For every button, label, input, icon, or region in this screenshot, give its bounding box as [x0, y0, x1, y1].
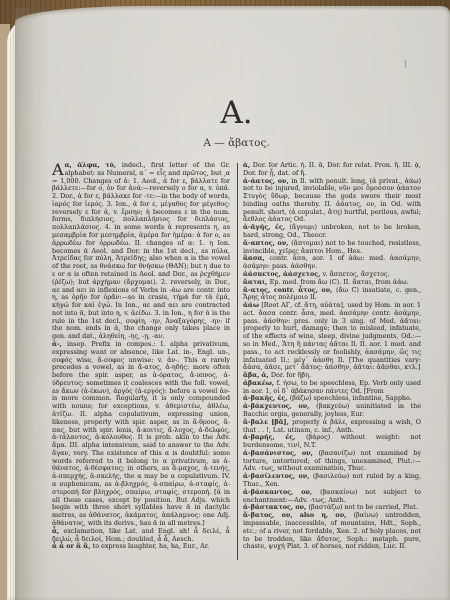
lexicon-entry: ἀ-ᾱγής, ές, (ἄγνυμι) unbroken, not to be…	[243, 224, 421, 240]
lexicon-entry: ἆ, exclamation, like Lat. and Engl. ah! …	[52, 528, 230, 544]
lexicon-entry: ἁ, Dor. for Artic. ἡ. II. ἅ, Dor. for re…	[243, 162, 421, 178]
headword: ἀ-ᾱγής, ές,	[243, 223, 289, 231]
lexicon-page: 1 A. Α — ἄβατος. Aα, ἄλφα, τό, indecl., …	[15, 6, 450, 600]
gutter-shading	[15, 6, 49, 600]
headword: ἀ-βαρής, ές,	[243, 433, 306, 441]
headword: ἄασα,	[243, 254, 270, 262]
lexicon-entry: ἄ-ατος, contr. ἆτος, ον, (ἄω C) insatiat…	[243, 287, 421, 303]
headword: ἀ-άατος, ον,	[243, 177, 291, 185]
headword: ἆ,	[52, 527, 64, 535]
lexicon-entry: ἀ-βασίλευτος, ον, (βασιλεύω) not ruled b…	[243, 473, 421, 489]
headword: ἄ-βαλε [βᾰ],	[243, 418, 292, 426]
headword: ἀ-βάσκαντος, ον,	[243, 488, 320, 496]
headword: α, ἄλφα, τό,	[65, 162, 122, 169]
headword: ἁ,	[243, 162, 253, 169]
right-column: ἁ, Dor. for Artic. ἡ. II. ἅ, Dor. for re…	[243, 162, 421, 564]
headword: ἀβακέω,	[243, 379, 277, 387]
text-block: A. Α — ἄβατος. Aα, ἄλφα, τό, indecl., fi…	[52, 56, 421, 564]
headword: ἄ-ατος, contr. ἆτος, ον,	[243, 286, 336, 294]
column-divider-rule	[237, 163, 238, 560]
lexicon-entry: ἄ-βαλε [βᾰ], properly ἀ βάλε, expressing…	[243, 419, 421, 435]
dropcap-letter: A	[52, 162, 65, 176]
headword: ἆ ἆ or ἅ ἅ,	[52, 542, 93, 550]
lexicon-entry: ἄ-βατος, ον, also η, ον, (βαίνω) untrodd…	[243, 512, 421, 551]
lexicon-entry: Aα, ἄλφα, τό, indecl., first letter of t…	[52, 162, 230, 341]
headword: ἀ-,	[52, 340, 67, 348]
headword: ἀάω	[243, 301, 261, 309]
headword: ἄ-βατος, ον, also η, ον,	[243, 511, 354, 519]
headword: ἀ-βασίλευτος, ον,	[243, 472, 313, 480]
lexicon-entry: ἀ-άατος, ον, in Il. with penult. long, (…	[243, 178, 421, 225]
two-column-text: Aα, ἄλφα, τό, indecl., first letter of t…	[52, 162, 421, 564]
section-letter-heading: A.	[52, 98, 421, 129]
lexicon-entry: ἀ-βασάνιστος, ον, (βασανίζω) not examine…	[243, 450, 421, 473]
lexicon-entry: ἀ-βαρής, ές, (βάρος) without weight: not…	[243, 434, 421, 450]
headword: ἀ-βασάνιστος, ον,	[243, 449, 318, 457]
lexicon-entry: ἆ ἆ or ἅ ἅ, to express laughter, ha, ha,…	[52, 543, 230, 551]
running-header: Α — ἄβατος.	[52, 137, 421, 149]
lexicon-entry: ἀ-, insep. Prefix in compos.: I. alpha p…	[52, 341, 230, 528]
headword: ἄ-απτος, ον,	[243, 239, 291, 247]
left-column: Aα, ἄλφα, τό, indecl., first letter of t…	[52, 162, 230, 564]
lexicon-entry: ἀάω [Root ΑΓ, cf. ἄτη, αὐάτα], used by H…	[243, 302, 421, 372]
lexicon-entry: ἄασα, contr. ἆσα, aor. 1 of ἀάω: med. ἀα…	[243, 255, 421, 271]
lexicon-entry: ἀ-βάκχευτος, ον, (βακχεύω) uninitiated i…	[243, 403, 421, 419]
headword: ἀ-βάκχευτος, ον,	[243, 402, 316, 410]
photo-of-open-lexicon-book: { "photo": { "colors": { "wood": "#7c603…	[0, 0, 450, 600]
